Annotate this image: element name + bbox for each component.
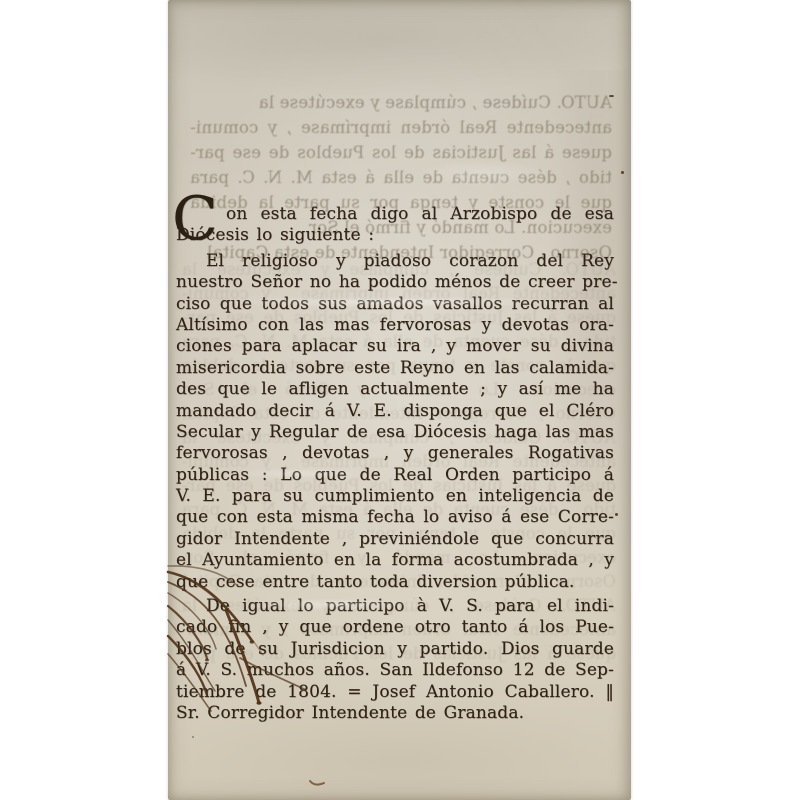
document-paper: AUTO. Cuídese , cúmplase y execútese laa… [168, 0, 631, 800]
text-line: on esta fecha digo al Arzobispo de esa [176, 204, 614, 225]
text-line: que con esta misma fecha lo aviso á ese … [176, 507, 614, 528]
text-line: mandado decir á V. E. disponga que el Cl… [176, 401, 614, 422]
paper-aging-blotch [168, 0, 631, 95]
photo-background: AUTO. Cuídese , cúmplase y execútese laa… [0, 0, 800, 800]
ink-speck [192, 736, 194, 738]
text-line: ciones para aplacar su ira , y mover su … [176, 336, 614, 357]
text-line: que cese entre tanto toda diversion públ… [176, 572, 614, 593]
text-line: ciso que todos sus amados vasallos recur… [176, 294, 614, 315]
text-line: Secular y Regular de esa Diócesis haga l… [176, 422, 614, 443]
letter-paragraph: on esta fecha digo al Arzobispo de esaDi… [176, 204, 614, 247]
showthrough-line: quese á las Justicias de los Pueblos de … [190, 140, 612, 165]
text-line: tiembre de 1804. = Josef Antonio Caballe… [176, 682, 614, 703]
letter-text: on esta fecha digo al Arzobispo de esaDi… [176, 204, 614, 727]
text-line: El religioso y piadoso corazon del Rey [176, 251, 614, 272]
text-line: V. E. para su cumplimiento en inteligenc… [176, 486, 614, 507]
text-line: cado fin , y que ordene otro tanto á los… [176, 617, 614, 638]
ink-speck [615, 513, 618, 516]
showthrough-line: antecedente Real órden imprímase , y com… [190, 115, 612, 140]
text-line: Diócesis lo siguiente : [176, 225, 614, 246]
letter-paragraph: De igual lo participo à V. S. para el in… [176, 596, 614, 724]
text-line: nuestro Señor no ha podido ménos de cree… [176, 272, 614, 293]
text-line: fervorosas , devotas , y generales Rogat… [176, 443, 614, 464]
text-line: blos de su Jurisdicion y partido. Dios g… [176, 639, 614, 660]
text-line: gidor Intendente , previniéndole que con… [176, 529, 614, 550]
ink-speck [621, 171, 624, 174]
text-line: Altísimo con las mas fervorosas y devota… [176, 315, 614, 336]
text-line: Sr. Corregidor Intendente de Granada. [176, 703, 614, 724]
text-line: De igual lo participo à V. S. para el in… [176, 596, 614, 617]
ink-speck [609, 95, 614, 97]
ink-speck [598, 455, 600, 457]
text-line: misericordia sobre este Reyno en las cal… [176, 358, 614, 379]
showthrough-line: tido , dése cuenta de ella á esta M. N. … [190, 165, 612, 190]
text-line: des que le afligen actualmente ; y así m… [176, 379, 614, 400]
showthrough-line: AUTO. Cuídese , cúmplase y execútese la [190, 90, 612, 115]
letter-paragraph: El religioso y piadoso corazon del Reynu… [176, 251, 614, 593]
text-line: á V. S. muchos años. San Ildefonso 12 de… [176, 660, 614, 681]
text-line: el Ayuntamiento en la forma acostumbrada… [176, 550, 614, 571]
text-line: públicas : Lo que de Real Orden particip… [176, 465, 614, 486]
